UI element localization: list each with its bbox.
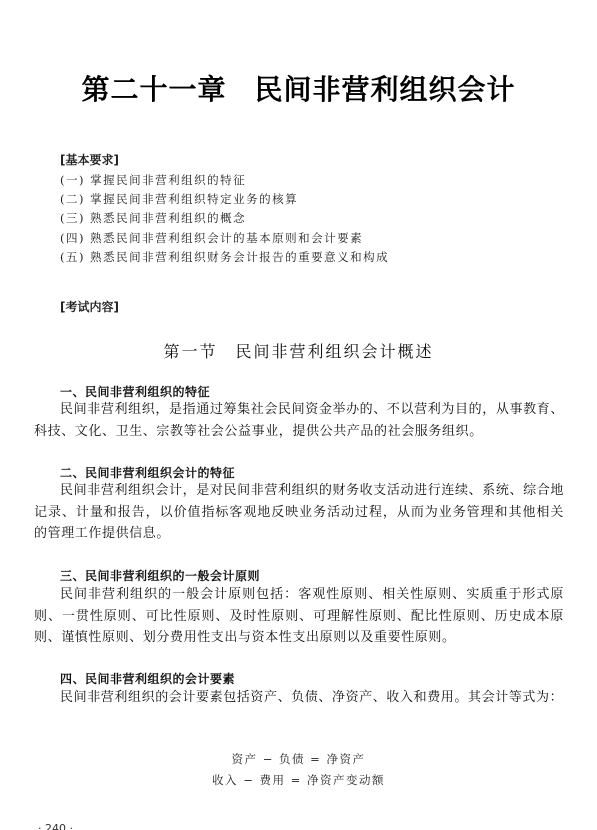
exam-content-heading: [考试内容] <box>60 298 119 315</box>
subsection-heading-4: 四、民间非营利组织的会计要素 <box>60 670 235 687</box>
requirement-item: (五) 熟悉民间非营利组织财务会计报告的重要意义和构成 <box>60 248 389 267</box>
requirements-list: (一) 掌握民间非营利组织的特征 (二) 掌握民间非营利组织特定业务的核算 (三… <box>60 171 389 267</box>
requirements-heading: [基本要求] <box>60 151 119 168</box>
subsection-body-2: 民间非营利组织会计，是对民间非营利组织的财务收支活动进行连续、系统、综合地记录、… <box>34 480 564 545</box>
requirement-item: (四) 熟悉民间非营利组织会计的基本原则和会计要素 <box>60 229 389 248</box>
requirement-item: (三) 熟悉民间非营利组织的概念 <box>60 209 389 228</box>
section-title: 第一节民间非营利组织会计概述 <box>0 339 597 362</box>
section-name: 民间非营利组织会计概述 <box>236 342 434 361</box>
subsection-heading-2: 二、民间非营利组织会计的特征 <box>60 464 235 481</box>
subsection-body-4: 民间非营利组织的会计要素包括资产、负债、净资产、收入和费用。其会计等式为： <box>34 687 564 709</box>
requirement-item: (二) 掌握民间非营利组织特定业务的核算 <box>60 190 389 209</box>
page-number: · 240 · <box>38 822 73 830</box>
chapter-name: 民间非营利组织会计 <box>255 73 516 106</box>
requirement-item: (一) 掌握民间非营利组织的特征 <box>60 171 389 190</box>
section-number: 第一节 <box>163 342 217 361</box>
subsection-body-3: 民间非营利组织的一般会计原则包括：客观性原则、相关性原则、实质重于形式原则、一贯… <box>34 584 564 649</box>
subsection-body-1: 民间非营利组织，是指通过筹集社会民间资金举办的、不以营利为目的，从事教育、科技、… <box>34 399 564 442</box>
chapter-number: 第二十一章 <box>81 73 226 106</box>
subsection-heading-1: 一、民间非营利组织的特征 <box>60 383 210 400</box>
subsection-heading-3: 三、民间非营利组织的一般会计原则 <box>60 567 260 584</box>
formula-1: 资产 − 负债 = 净资产 <box>0 751 597 767</box>
formula-2: 收入 − 费用 = 净资产变动额 <box>0 772 597 788</box>
document-page: 第二十一章民间非营利组织会计 [基本要求] (一) 掌握民间非营利组织的特征 (… <box>0 0 597 830</box>
chapter-title: 第二十一章民间非营利组织会计 <box>0 68 597 108</box>
